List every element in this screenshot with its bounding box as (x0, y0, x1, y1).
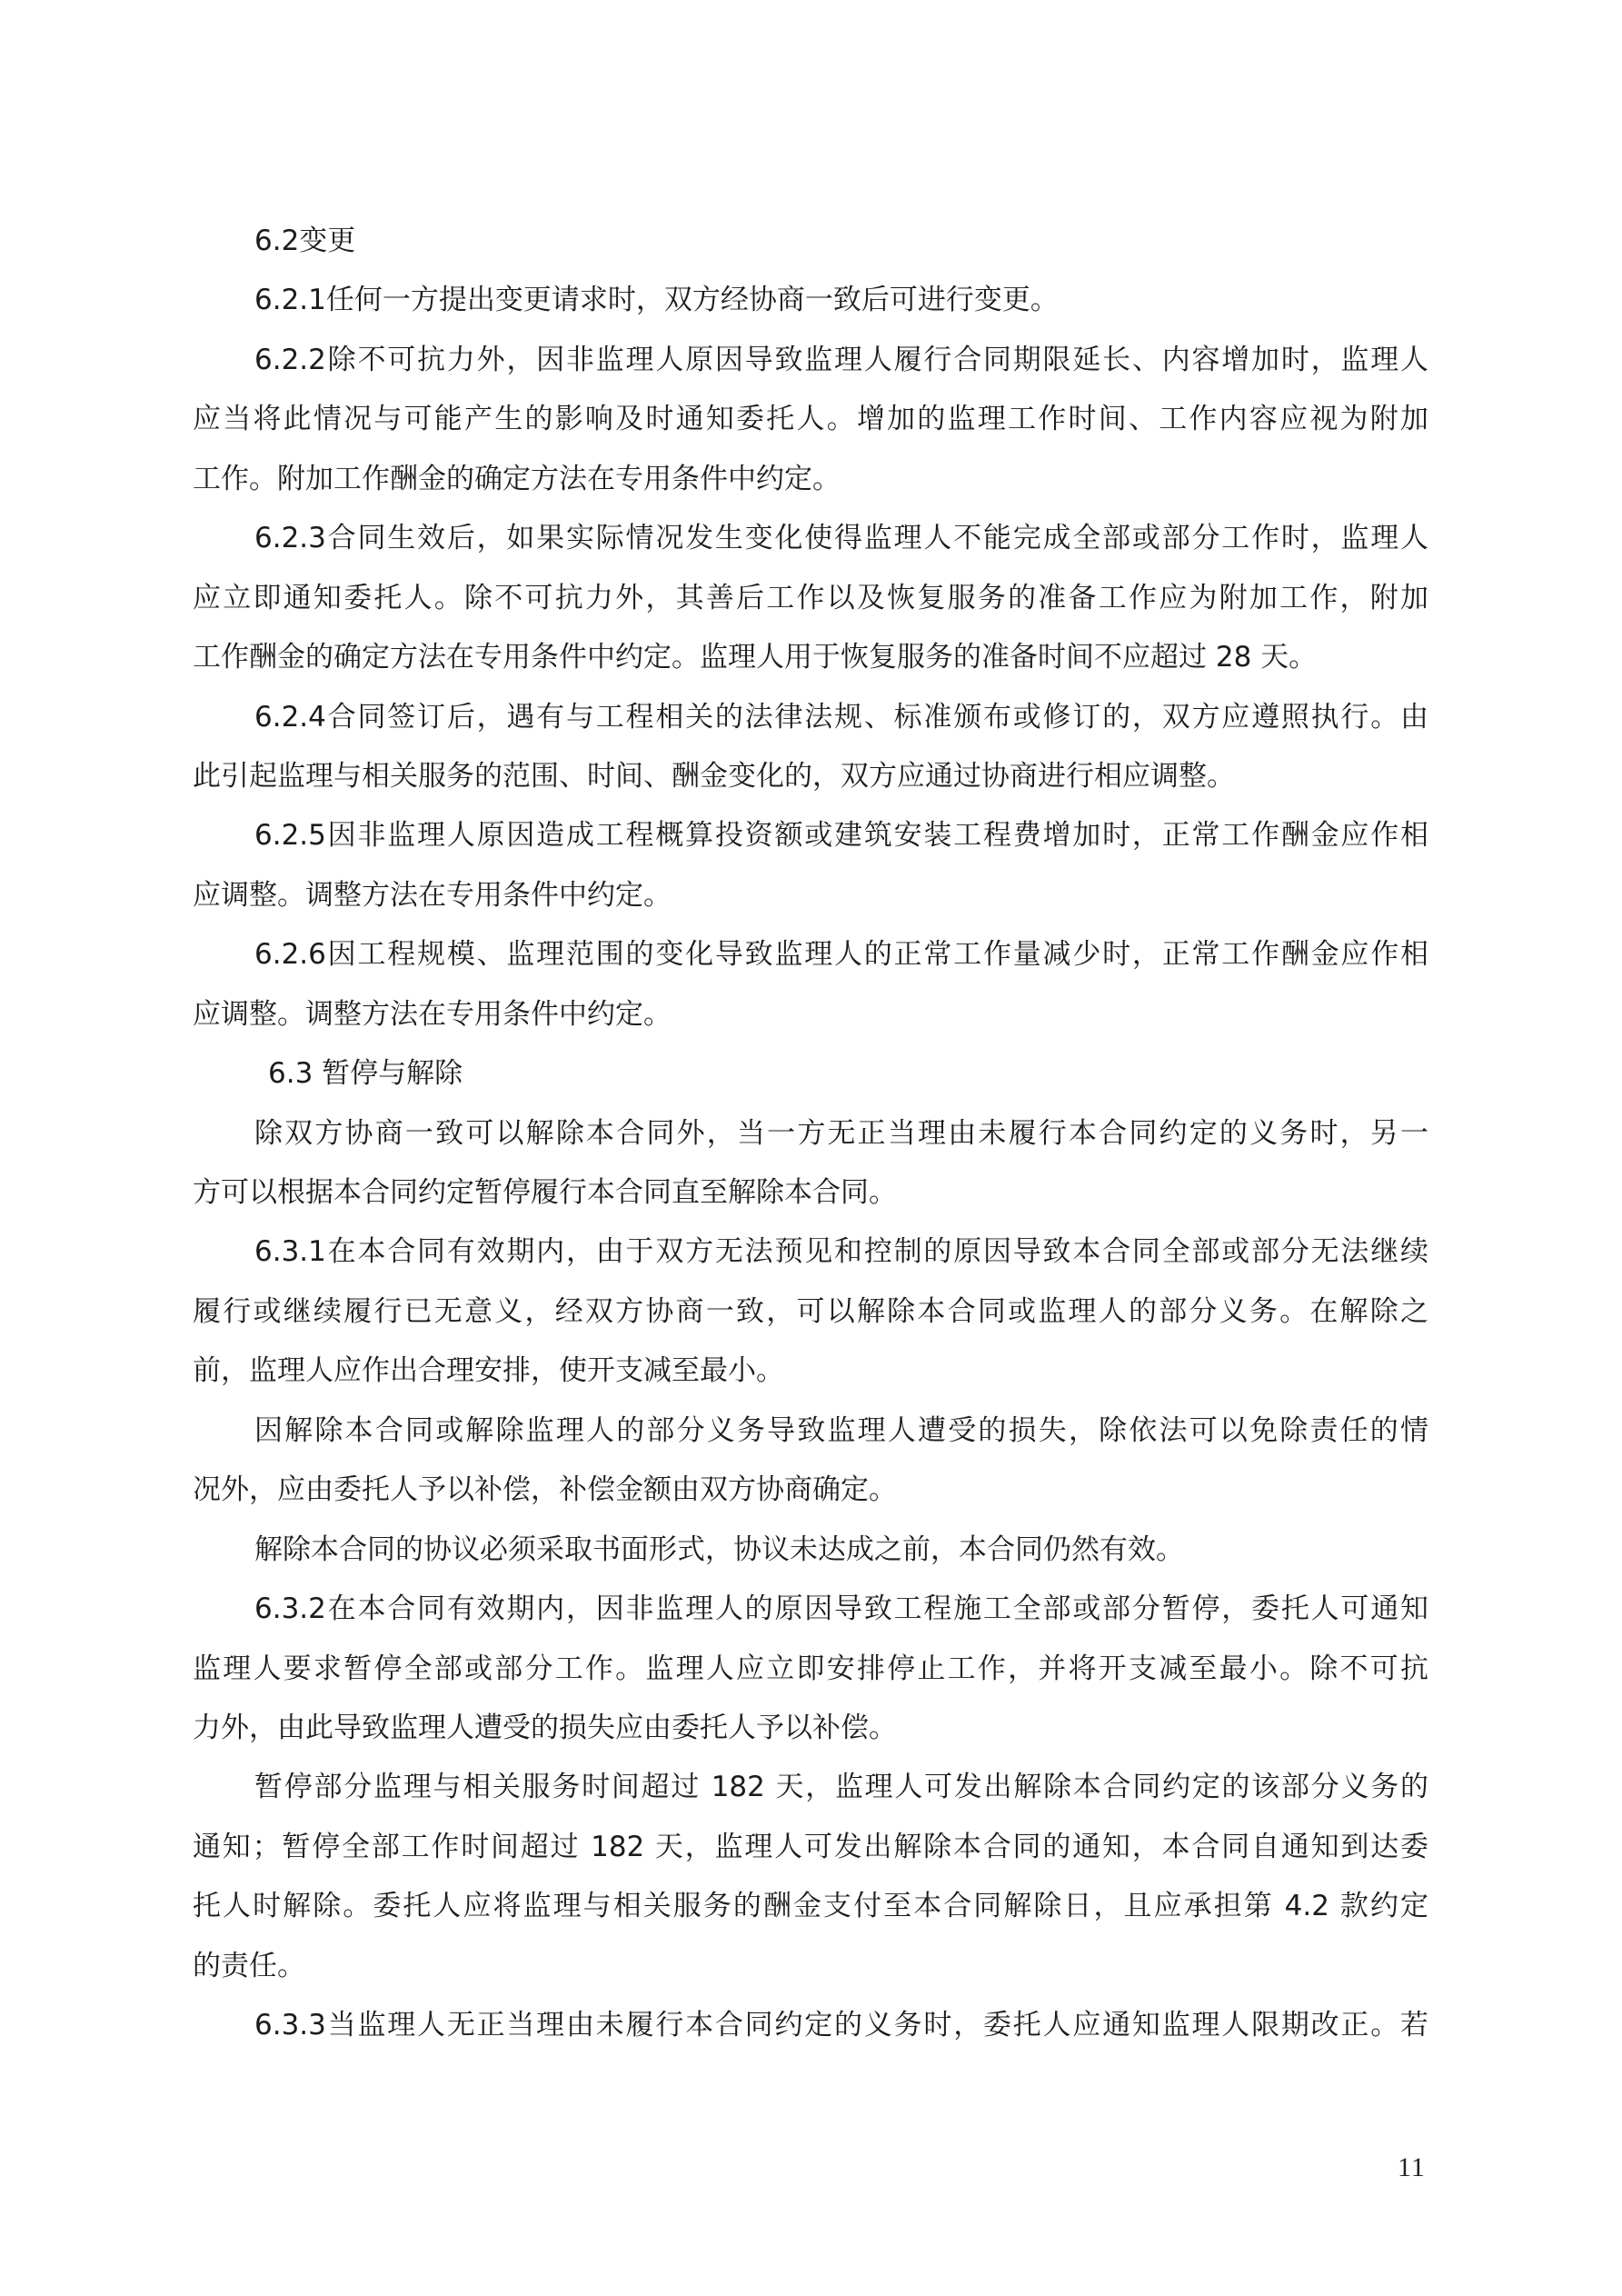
clause-6-2-3-line-1: 6.2.3合同生效后，如果实际情况发生变化使得监理人不能完成全部或部分工作时，监… (193, 514, 1428, 573)
document-body: 6.2变更 6.2.1任何一方提出变更请求时，双方经协商一致后可进行变更。 6.… (193, 216, 1428, 2061)
clause-6-2-5-line-1: 6.2.5因非监理人原因造成工程概算投资额或建筑安装工程费增加时，正常工作酬金应… (193, 811, 1428, 870)
clause-6-2-6-line-2: 应调整。调整方法在专用条件中约定。 (193, 990, 1428, 1049)
clause-6-3-1-line-3: 前，监理人应作出合理安排，使开支减至最小。 (193, 1346, 1428, 1405)
document-page: 6.2变更 6.2.1任何一方提出变更请求时，双方经协商一致后可进行变更。 6.… (0, 0, 1622, 2296)
clause-6-3-1-line-1: 6.3.1在本合同有效期内，由于双方无法预见和控制的原因导致本合同全部或部分无法… (193, 1227, 1428, 1286)
clause-6-2-2-line-3: 工作。附加工作酬金的确定方法在专用条件中约定。 (193, 454, 1428, 514)
page-number: 11 (1398, 2152, 1426, 2183)
compensation-paragraph-line-1: 因解除本合同或解除监理人的部分义务导致监理人遭受的损失，除依法可以免除责任的情 (193, 1406, 1428, 1465)
clause-6-3-1-line-2: 履行或继续履行已无意义，经双方协商一致，可以解除本合同或监理人的部分义务。在解除… (193, 1287, 1428, 1346)
suspension-paragraph-line-2: 通知；暂停全部工作时间超过 182 天，监理人可发出解除本合同的通知，本合同自通… (193, 1822, 1428, 1882)
clause-6-2-4-line-1: 6.2.4合同签订后，遇有与工程相关的法律法规、标准颁布或修订的，双方应遵照执行… (193, 693, 1428, 752)
section-6-3-intro-line-1: 除双方协商一致可以解除本合同外，当一方无正当理由未履行本合同约定的义务时，另一 (193, 1109, 1428, 1168)
section-6-3-intro-line-2: 方可以根据本合同约定暂停履行本合同直至解除本合同。 (193, 1168, 1428, 1227)
clause-6-2-3-line-3: 工作酬金的确定方法在专用条件中约定。监理人用于恢复服务的准备时间不应超过 28 … (193, 633, 1428, 692)
suspension-paragraph-line-1: 暂停部分监理与相关服务时间超过 182 天，监理人可发出解除本合同约定的该部分义… (193, 1762, 1428, 1822)
clause-6-3-3-line-1: 6.3.3当监理人无正当理由未履行本合同约定的义务时，委托人应通知监理人限期改正… (193, 2001, 1428, 2060)
clause-6-3-2-line-3: 力外，由此导致监理人遭受的损失应由委托人予以补偿。 (193, 1703, 1428, 1762)
clause-6-2-2-line-1: 6.2.2除不可抗力外，因非监理人原因导致监理人履行合同期限延长、内容增加时，监… (193, 335, 1428, 394)
section-heading-6-2: 6.2变更 (193, 216, 1428, 275)
section-heading-6-3: 6.3 暂停与解除 (193, 1049, 1428, 1108)
clause-6-2-1-line-1: 6.2.1任何一方提出变更请求时，双方经协商一致后可进行变更。 (193, 275, 1428, 334)
clause-6-2-2-line-2: 应当将此情况与可能产生的影响及时通知委托人。增加的监理工作时间、工作内容应视为附… (193, 394, 1428, 454)
clause-6-2-3-line-2: 应立即通知委托人。除不可抗力外，其善后工作以及恢复服务的准备工作应为附加工作，附… (193, 574, 1428, 633)
clause-6-3-2-line-1: 6.3.2在本合同有效期内，因非监理人的原因导致工程施工全部或部分暂停，委托人可… (193, 1584, 1428, 1643)
clause-6-2-5-line-2: 应调整。调整方法在专用条件中约定。 (193, 871, 1428, 930)
clause-6-2-4-line-2: 此引起监理与相关服务的范围、时间、酬金变化的，双方应通过协商进行相应调整。 (193, 752, 1428, 811)
suspension-paragraph-line-3: 托人时解除。委托人应将监理与相关服务的酬金支付至本合同解除日，且应承担第 4.2… (193, 1882, 1428, 1941)
clause-6-3-2-line-2: 监理人要求暂停全部或部分工作。监理人应立即安排停止工作，并将开支减至最小。除不可… (193, 1644, 1428, 1703)
suspension-paragraph-line-4: 的责任。 (193, 1942, 1428, 2001)
agreement-paragraph-line-1: 解除本合同的协议必须采取书面形式，协议未达成之前，本合同仍然有效。 (193, 1525, 1428, 1584)
clause-6-2-6-line-1: 6.2.6因工程规模、监理范围的变化导致监理人的正常工作量减少时，正常工作酬金应… (193, 930, 1428, 989)
compensation-paragraph-line-2: 况外，应由委托人予以补偿，补偿金额由双方协商确定。 (193, 1465, 1428, 1524)
